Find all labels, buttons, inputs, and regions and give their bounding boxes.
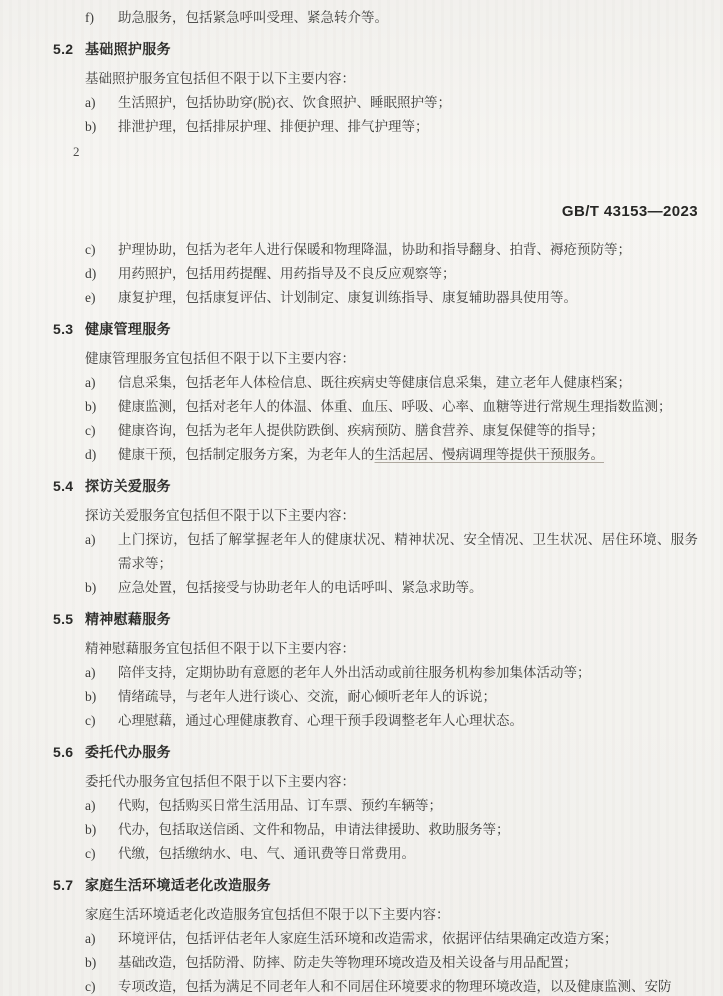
item-label: e)	[85, 286, 96, 310]
intro-paragraph: 精神慰藉服务宜包括但不限于以下主要内容：	[85, 637, 698, 661]
item-text: 基础改造，包括防滑、防摔、防走失等物理环境改造及相关设备与用品配置；	[118, 955, 577, 970]
intro-paragraph: 基础照护服务宜包括但不限于以下主要内容：	[85, 67, 698, 91]
item-text: 环境评估，包括评估老年人家庭生活环境和改造需求，依据评估结果确定改造方案；	[118, 931, 618, 946]
section-title: 基础照护服务	[85, 37, 171, 61]
section-heading: 5.6委托代办服务	[53, 740, 698, 764]
item-text: 健康监测，包括对老年人的体温、体重、血压、呼吸、心率、血糖等进行常规生理指数监测…	[118, 399, 672, 414]
item-text: 信息采集，包括老年人体检信息、既往疾病史等健康信息采集，建立老年人健康档案；	[118, 375, 631, 390]
list-item: b)情绪疏导，与老年人进行谈心、交流，耐心倾听老年人的诉说；	[85, 685, 698, 709]
item-label: a)	[85, 371, 96, 395]
item-text: 应急处置，包括接受与协助老年人的电话呼叫、紧急求助等。	[118, 580, 483, 595]
list-item: d)用药照护，包括用药提醒、用药指导及不良反应观察等；	[85, 262, 698, 286]
section-heading: 5.7家庭生活环境适老化改造服务	[53, 873, 698, 897]
list-item: f)助急服务，包括紧急呼叫受理、紧急转介等。	[85, 6, 698, 30]
item-label: b)	[85, 395, 96, 419]
list-item: a)信息采集，包括老年人体检信息、既往疾病史等健康信息采集，建立老年人健康档案；	[85, 371, 698, 395]
scanned-standard-page: f)助急服务，包括紧急呼叫受理、紧急转介等。5.2基础照护服务基础照护服务宜包括…	[0, 0, 723, 996]
section-heading: 5.2基础照护服务	[53, 37, 698, 61]
item-label: b)	[85, 685, 96, 709]
item-label: b)	[85, 818, 96, 842]
list-item: c)代缴，包括缴纳水、电、气、通讯费等日常费用。	[85, 842, 698, 866]
section-title: 健康管理服务	[85, 317, 171, 341]
item-label: c)	[85, 419, 96, 443]
item-text: 护理协助，包括为老年人进行保暖和物理降温，协助和指导翻身、拍背、褥疮预防等；	[118, 242, 631, 257]
section-heading: 5.4探访关爱服务	[53, 474, 698, 498]
section-heading: 5.3健康管理服务	[53, 317, 698, 341]
item-label: a)	[85, 661, 96, 685]
item-label: b)	[85, 115, 96, 139]
item-text: 排泄护理，包括排尿护理、排便护理、排气护理等；	[118, 119, 429, 134]
section-heading: 5.5精神慰藉服务	[53, 607, 698, 631]
item-text: 健康干预，包括制定服务方案，为老年人的	[118, 447, 375, 462]
item-label: d)	[85, 443, 96, 467]
list-item: c)健康咨询，包括为老年人提供防跌倒、疾病预防、膳食营养、康复保健等的指导；	[85, 419, 698, 443]
list-item: b)排泄护理，包括排尿护理、排便护理、排气护理等；	[85, 115, 698, 139]
section-number: 5.3	[53, 317, 85, 341]
list-item: d)健康干预，包括制定服务方案，为老年人的生活起居、慢病调理等提供干预服务。	[85, 443, 698, 467]
intro-paragraph: 家庭生活环境适老化改造服务宜包括但不限于以下主要内容：	[85, 903, 698, 927]
section-number: 5.5	[53, 607, 85, 631]
item-text: 健康咨询，包括为老年人提供防跌倒、疾病预防、膳食营养、康复保健等的指导；	[118, 423, 604, 438]
item-text: 助急服务，包括紧急呼叫受理、紧急转介等。	[118, 10, 388, 25]
list-item: a)上门探访，包括了解掌握老年人的健康状况、精神状况、安全情况、卫生状况、居住环…	[85, 528, 698, 576]
item-label: d)	[85, 262, 96, 286]
list-item: c)心理慰藉，通过心理健康教育、心理干预手段调整老年人心理状态。	[85, 709, 698, 733]
list-item: b)代办，包括取送信函、文件和物品，申请法律援助、救助服务等；	[85, 818, 698, 842]
intro-paragraph: 探访关爱服务宜包括但不限于以下主要内容：	[85, 504, 698, 528]
item-label: a)	[85, 91, 96, 115]
standard-code-header: GB/T 43153—2023	[53, 202, 698, 222]
list-item: a)生活照护，包括协助穿(脱)衣、饮食照护、睡眠照护等；	[85, 91, 698, 115]
item-text: 用药照护，包括用药提醒、用药指导及不良反应观察等；	[118, 266, 456, 281]
item-label: c)	[85, 709, 96, 733]
item-label: b)	[85, 951, 96, 975]
intro-paragraph: 委托代办服务宜包括但不限于以下主要内容：	[85, 770, 698, 794]
page-number: 2	[73, 142, 698, 162]
item-label: c)	[85, 842, 96, 866]
section-number: 5.4	[53, 474, 85, 498]
section-title: 探访关爱服务	[85, 474, 171, 498]
section-number: 5.2	[53, 37, 85, 61]
item-label: a)	[85, 528, 96, 552]
item-text: 代缴，包括缴纳水、电、气、通讯费等日常费用。	[118, 846, 415, 861]
list-item: b)应急处置，包括接受与协助老年人的电话呼叫、紧急求助等。	[85, 576, 698, 600]
list-item: e)康复护理，包括康复评估、计划制定、康复训练指导、康复辅助器具使用等。	[85, 286, 698, 310]
section-number: 5.6	[53, 740, 85, 764]
list-item: c)护理协助，包括为老年人进行保暖和物理降温，协助和指导翻身、拍背、褥疮预防等；	[85, 238, 698, 262]
list-item: a)代购，包括购买日常生活用品、订车票、预约车辆等；	[85, 794, 698, 818]
item-label: c)	[85, 238, 96, 262]
item-label: a)	[85, 794, 96, 818]
item-text: 专项改造，包括为满足不同老年人和不同居住环境要求的物理环境改造，以及健康监测、安…	[118, 979, 672, 994]
item-text: 上门探访，包括了解掌握老年人的健康状况、精神状况、安全情况、卫生状况、居住环境、…	[118, 532, 698, 571]
item-text: 心理慰藉，通过心理健康教育、心理干预手段调整老年人心理状态。	[118, 713, 523, 728]
item-label: a)	[85, 927, 96, 951]
item-label: c)	[85, 975, 96, 996]
item-text: 代购，包括购买日常生活用品、订车票、预约车辆等；	[118, 798, 442, 813]
section-number: 5.7	[53, 873, 85, 897]
section-title: 精神慰藉服务	[85, 607, 171, 631]
item-text-underlined: 生活起居、慢病调理等提供干预服务。	[375, 447, 605, 462]
list-item: a)环境评估，包括评估老年人家庭生活环境和改造需求，依据评估结果确定改造方案；	[85, 927, 698, 951]
section-title: 委托代办服务	[85, 740, 171, 764]
item-text: 陪伴支持，定期协助有意愿的老年人外出活动或前往服务机构参加集体活动等；	[118, 665, 591, 680]
item-label: b)	[85, 576, 96, 600]
item-text: 代办，包括取送信函、文件和物品，申请法律援助、救助服务等；	[118, 822, 510, 837]
item-label: f)	[85, 6, 94, 30]
list-item: b)基础改造，包括防滑、防摔、防走失等物理环境改造及相关设备与用品配置；	[85, 951, 698, 975]
section-title: 家庭生活环境适老化改造服务	[85, 873, 271, 897]
item-text: 生活照护，包括协助穿(脱)衣、饮食照护、睡眠照护等；	[118, 95, 451, 110]
intro-paragraph: 健康管理服务宜包括但不限于以下主要内容：	[85, 347, 698, 371]
list-item: b)健康监测，包括对老年人的体温、体重、血压、呼吸、心率、血糖等进行常规生理指数…	[85, 395, 698, 419]
list-item: a)陪伴支持，定期协助有意愿的老年人外出活动或前往服务机构参加集体活动等；	[85, 661, 698, 685]
item-text: 康复护理，包括康复评估、计划制定、康复训练指导、康复辅助器具使用等。	[118, 290, 577, 305]
document-body: f)助急服务，包括紧急呼叫受理、紧急转介等。5.2基础照护服务基础照护服务宜包括…	[53, 6, 698, 996]
item-text: 情绪疏导，与老年人进行谈心、交流，耐心倾听老年人的诉说；	[118, 689, 496, 704]
list-item: c)专项改造，包括为满足不同老年人和不同居住环境要求的物理环境改造，以及健康监测…	[85, 975, 698, 996]
